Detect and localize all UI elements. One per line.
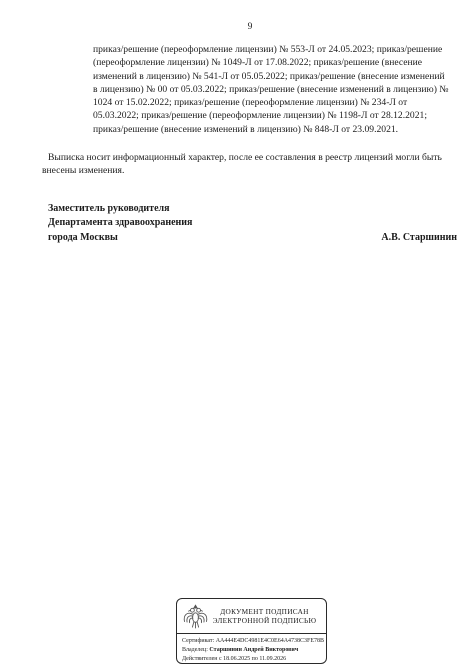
- owner-label: Владелец:: [182, 647, 208, 653]
- stamp-details: Сертификат: AA444E4DC4981E4C0E64A4738C3F…: [177, 634, 326, 664]
- validity-row: Действителен с 18.06.2025 по 11.09.2026: [182, 655, 321, 664]
- license-order-line: (переоформление лицензии) № 1049-Л от 17…: [93, 56, 463, 69]
- license-order-line: приказ/решение (переоформление лицензии)…: [93, 43, 463, 56]
- license-order-line: приказ/решение (внесение изменений в лиц…: [93, 123, 463, 136]
- owner-row: Владелец: Старшинин Андрей Викторович: [182, 646, 321, 655]
- note-line: Выписка носит информационный характер, п…: [42, 151, 462, 164]
- stamp-title: ДОКУМЕНТ ПОДПИСАН ЭЛЕКТРОННОЙ ПОДПИСЬЮ: [209, 608, 320, 626]
- owner-name: Старшинин Андрей Викторович: [209, 647, 298, 653]
- license-order-line: изменений в лицензию) № 541-Л от 05.05.2…: [93, 70, 463, 83]
- license-order-line: 05.03.2022; приказ/решение (переоформлен…: [93, 109, 463, 122]
- signer-position-line: города Москвы: [48, 231, 118, 245]
- document-page: 9 приказ/решение (переоформление лицензи…: [0, 0, 470, 671]
- license-order-line: в лицензию) № 00 от 05.03.2022; приказ/р…: [93, 83, 463, 96]
- certificate-label: Сертификат:: [182, 638, 214, 644]
- certificate-value: AA444E4DC4981E4C0E64A4738C3FE78B: [216, 638, 324, 644]
- license-order-line: 1024 от 15.02.2022; приказ/решение (пере…: [93, 96, 463, 109]
- informational-note-paragraph: Выписка носит информационный характер, п…: [42, 151, 462, 178]
- note-line: внесены изменения.: [42, 164, 462, 177]
- double-headed-eagle-icon: [182, 603, 209, 631]
- signature-block: Заместитель руководителя Департамента зд…: [48, 202, 457, 245]
- page-number: 9: [0, 22, 470, 32]
- license-orders-paragraph: приказ/решение (переоформление лицензии)…: [93, 43, 463, 136]
- signature-row: города Москвы А.В. Старшинин: [48, 231, 457, 245]
- electronic-signature-stamp: ДОКУМЕНТ ПОДПИСАН ЭЛЕКТРОННОЙ ПОДПИСЬЮ С…: [176, 598, 327, 664]
- certificate-row: Сертификат: AA444E4DC4981E4C0E64A4738C3F…: [182, 637, 321, 646]
- signer-position-line: Департамента здравоохранения: [48, 216, 457, 230]
- signer-position-line: Заместитель руководителя: [48, 202, 457, 216]
- stamp-title-line2: ЭЛЕКТРОННОЙ ПОДПИСЬЮ: [209, 617, 320, 626]
- signer-name: А.В. Старшинин: [381, 231, 457, 245]
- stamp-header: ДОКУМЕНТ ПОДПИСАН ЭЛЕКТРОННОЙ ПОДПИСЬЮ: [177, 599, 326, 632]
